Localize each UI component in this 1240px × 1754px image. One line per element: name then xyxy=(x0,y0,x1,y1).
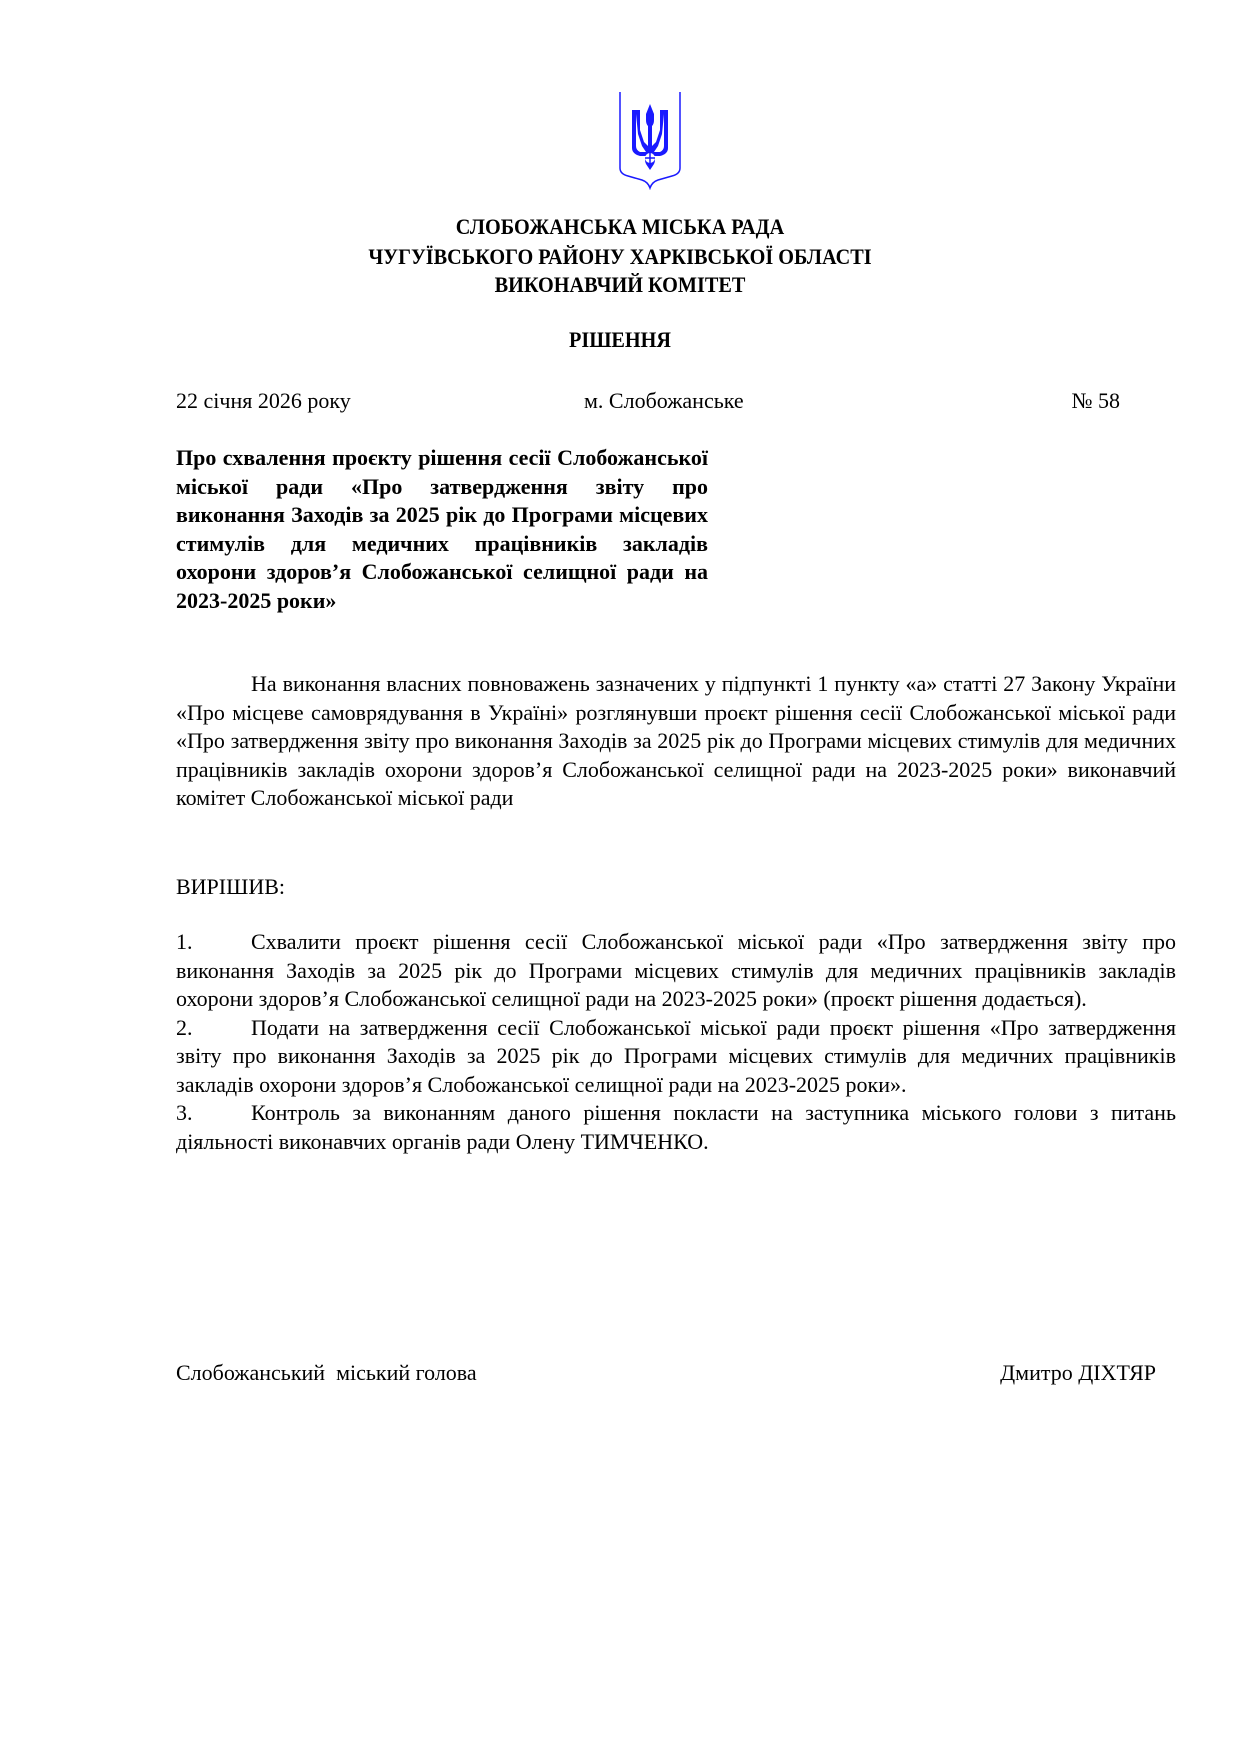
decision-item-number: 2. xyxy=(176,1014,251,1043)
document-type-title: РІШЕННЯ xyxy=(50,327,1191,353)
decision-items: 1.Схвалити проєкт рішення сесії Слобожан… xyxy=(176,928,1176,1156)
decision-item-number: 3. xyxy=(176,1099,251,1128)
decision-item-text: Схвалити проєкт рішення сесії Слобожансь… xyxy=(176,929,1176,1011)
decision-item: 2.Подати на затвердження сесії Слобожанс… xyxy=(176,1014,1176,1100)
signatory-role: Слобожанський міський голова xyxy=(176,1360,477,1386)
executive-committee-name: ВИКОНАВЧИЙ КОМІТЕТ xyxy=(50,270,1191,300)
district-region-name: ЧУГУЇВСЬКОГО РАЙОНУ ХАРКІВСЬКОЇ ОБЛАСТІ xyxy=(50,242,1191,272)
decision-preamble: На виконання власних повноважень зазначе… xyxy=(176,670,1176,813)
ukraine-trident-coat-of-arms-icon xyxy=(616,90,684,190)
decision-item-text: Контроль за виконанням даного рішення по… xyxy=(176,1100,1176,1154)
document-date: 22 січня 2026 року xyxy=(176,388,351,414)
decision-subject: Про схвалення проєкту рішення сесії Слоб… xyxy=(176,444,708,615)
decision-item-number: 1. xyxy=(176,928,251,957)
document-meta-line: 22 січня 2026 року м. Слобожанське № 58 xyxy=(176,388,1120,418)
decision-item: 3.Контроль за виконанням даного рішення … xyxy=(176,1099,1176,1156)
decision-item: 1.Схвалити проєкт рішення сесії Слобожан… xyxy=(176,928,1176,1014)
decision-item-text: Подати на затвердження сесії Слобожанськ… xyxy=(176,1015,1176,1097)
signatory-name: Дмитро ДІХТЯР xyxy=(1000,1360,1156,1386)
resolved-label: ВИРІШИВ: xyxy=(176,874,285,900)
document-page: СЛОБОЖАНСЬКА МІСЬКА РАДА ЧУГУЇВСЬКОГО РА… xyxy=(0,0,1240,1754)
council-name: СЛОБОЖАНСЬКА МІСЬКА РАДА xyxy=(50,212,1191,242)
document-number: № 58 xyxy=(1072,388,1121,414)
document-city: м. Слобожанське xyxy=(584,388,744,414)
